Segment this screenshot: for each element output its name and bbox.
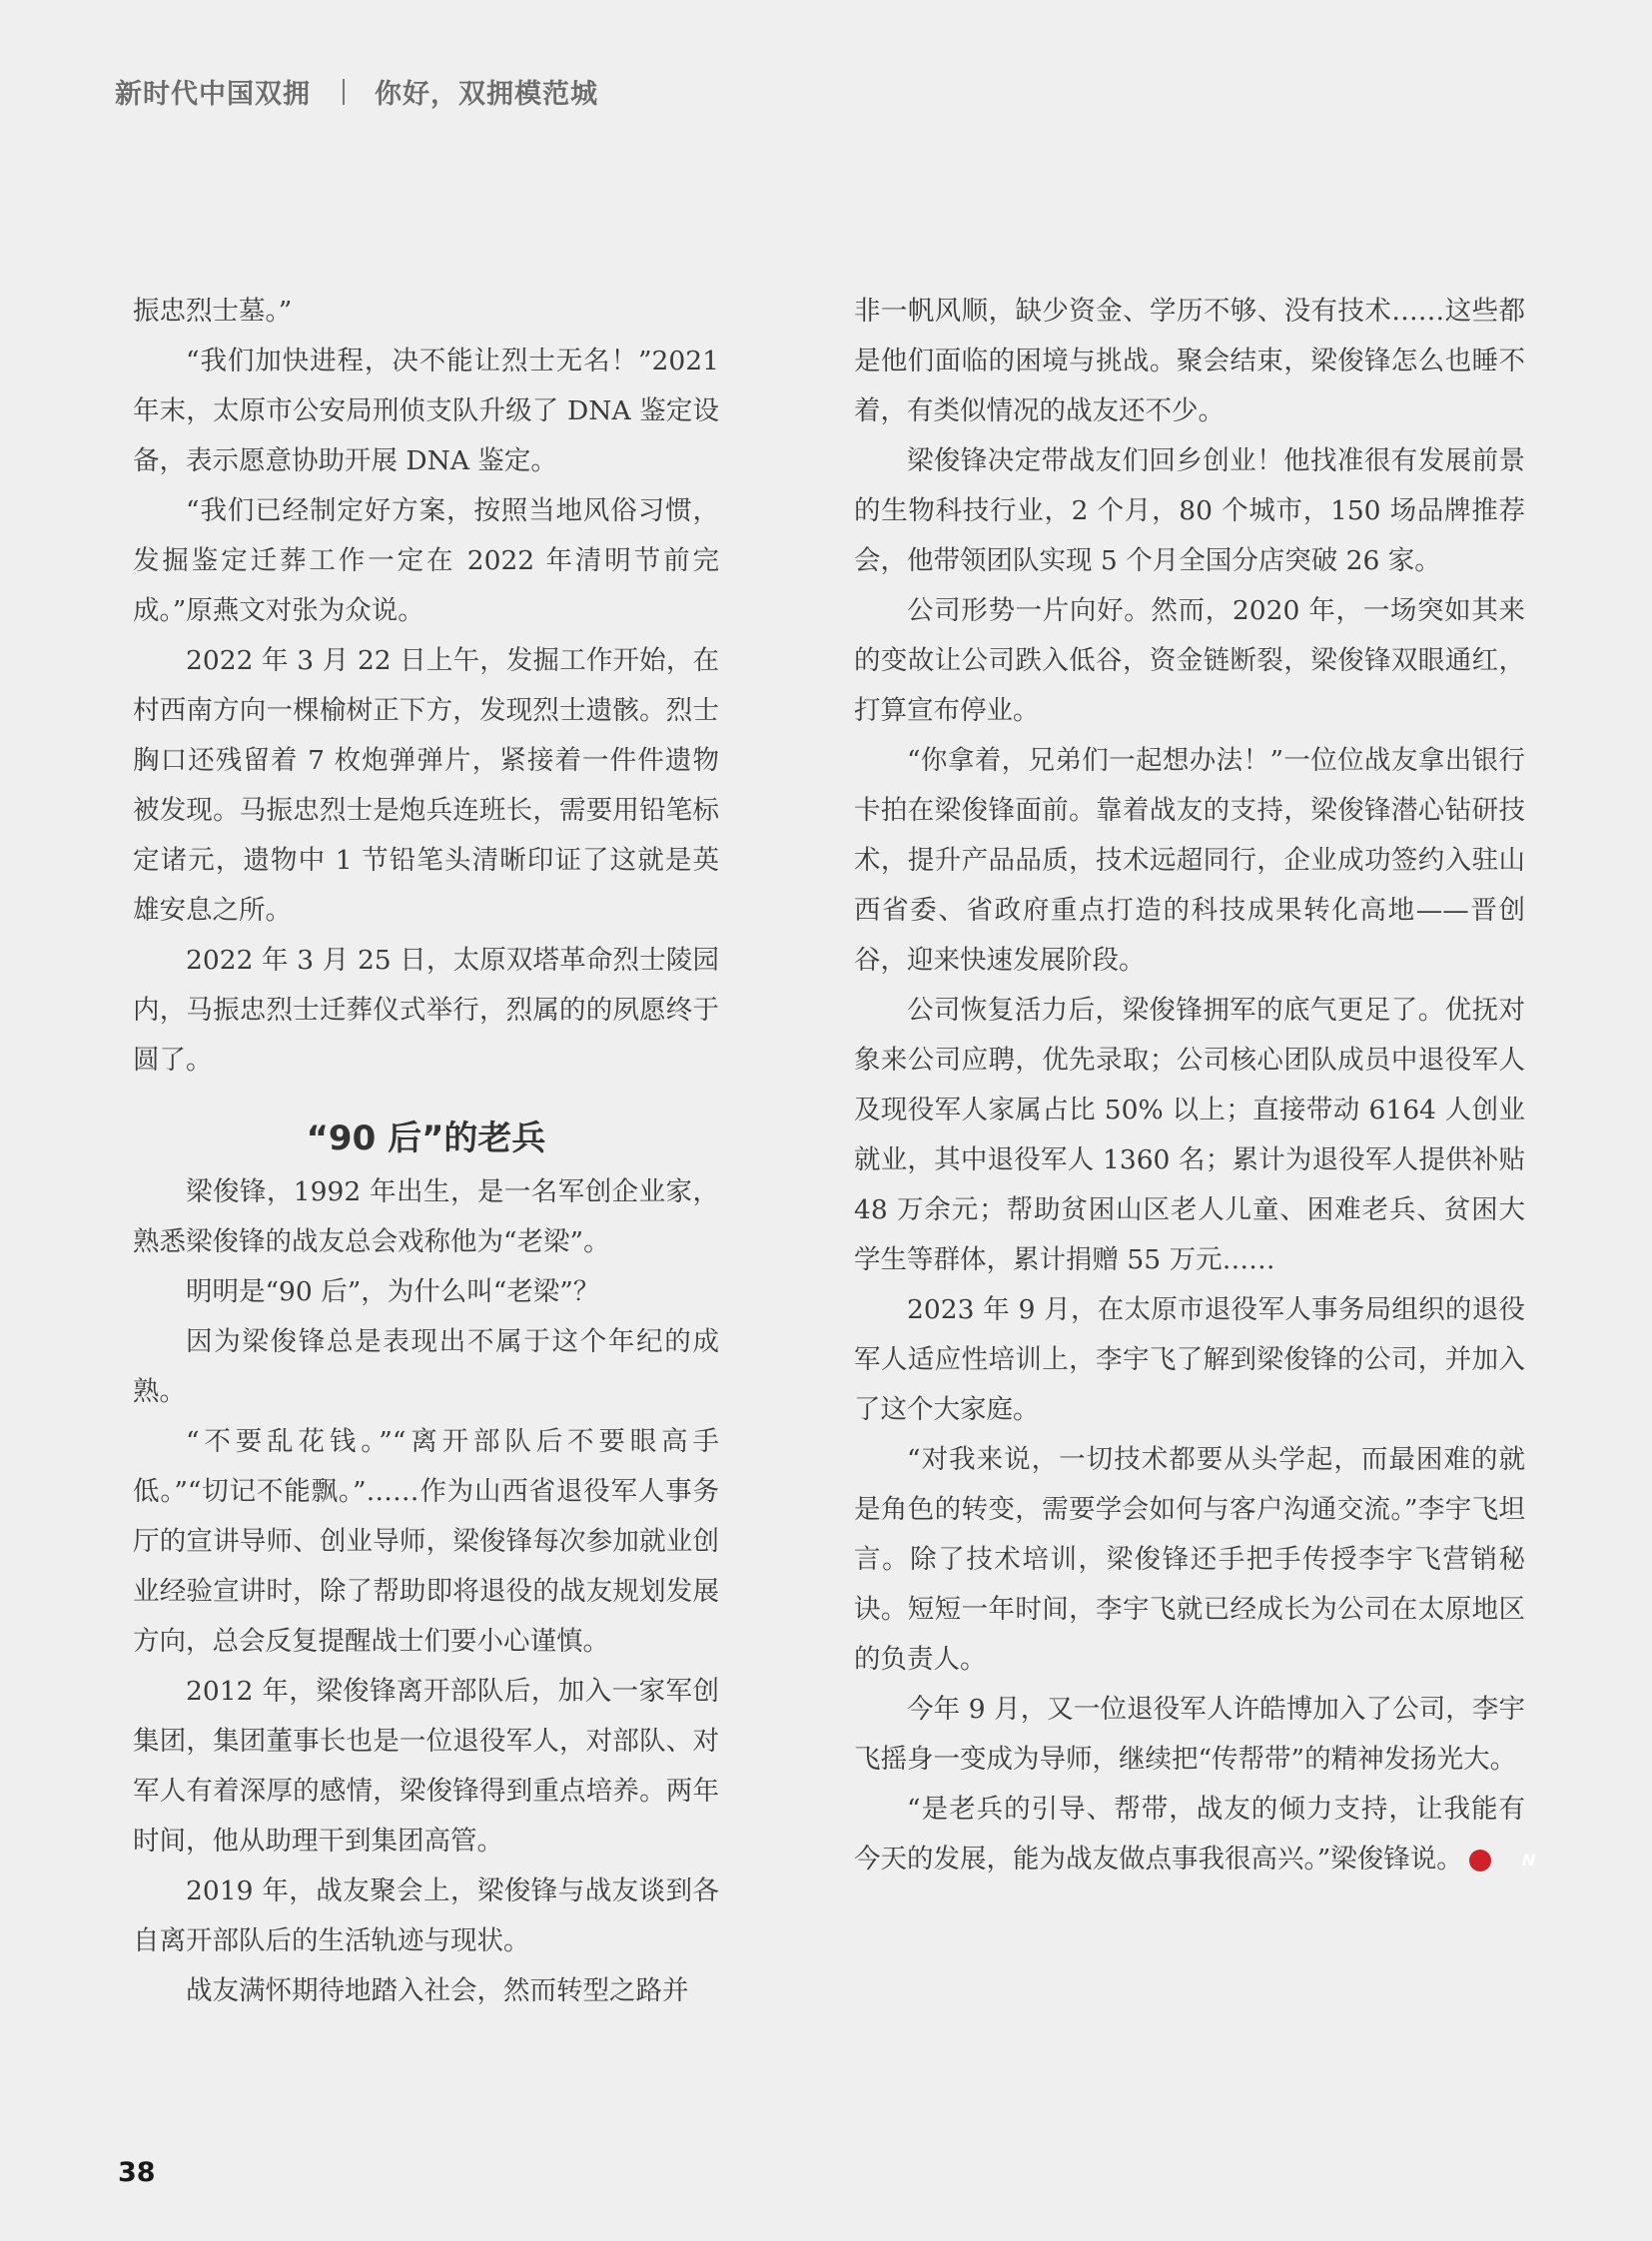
paragraph: 2012 年，梁俊锋离开部队后，加入一家军创集团，集团董事长也是一位退役军人，对… [133, 1667, 719, 1867]
header-title: 你好，双拥模范城 [375, 72, 598, 111]
paragraph: 梁俊锋决定带战友们回乡创业！他找准很有发展前景的生物科技行业，2 个月，80 个… [854, 436, 1525, 586]
paragraph: 因为梁俊锋总是表现出不属于这个年纪的成熟。 [133, 1317, 719, 1417]
page-number: 38 [118, 2157, 156, 2188]
paragraph-text: “是老兵的引导、帮带，战友的倾力支持，让我能有今天的发展，能为战友做点事我很高兴… [854, 1794, 1525, 1874]
running-header: 新时代中国双拥 你好，双拥模范城 [115, 72, 598, 111]
paragraph: 2019 年，战友聚会上，梁俊锋与战友谈到各自离开部队后的生活轨迹与现状。 [133, 1867, 719, 1966]
left-column: 振忠烈士墓。” “我们加快进程，决不能让烈士无名！”2021年末，太原市公安局刑… [133, 287, 719, 2016]
paragraph: “是老兵的引导、帮带，战友的倾力支持，让我能有今天的发展，能为战友做点事我很高兴… [854, 1785, 1525, 1884]
paragraph: “不要乱花钱。”“离开部队后不要眼高手低。”“切记不能飘。”……作为山西省退役军… [133, 1417, 719, 1667]
paragraph: 振忠烈士墓。” [133, 287, 719, 337]
header-divider [343, 79, 345, 105]
paragraph: 非一帆风顺，缺少资金、学历不够、没有技术……这些都是他们面临的困境与挑战。聚会结… [854, 287, 1525, 436]
paragraph: 2022 年 3 月 22 日上午，发掘工作开始，在村西南方向一棵榆树正下方，发… [133, 636, 719, 936]
paragraph: 公司恢复活力后，梁俊锋拥军的底气更足了。优抚对象来公司应聘，优先录取；公司核心团… [854, 986, 1525, 1285]
paragraph: “对我来说，一切技术都要从头学起，而最困难的就是角色的转变，需要学会如何与客户沟… [854, 1435, 1525, 1685]
paragraph: 明明是“90 后”，为什么叫“老梁”？ [133, 1267, 719, 1317]
paragraph: 2023 年 9 月，在太原市退役军人事务局组织的退役军人适应性培训上，李宇飞了… [854, 1285, 1525, 1435]
paragraph: “你拿着，兄弟们一起想办法！”一位位战友拿出银行卡拍在梁俊锋面前。靠着战友的支持… [854, 736, 1525, 986]
paragraph: 战友满怀期待地踏入社会，然而转型之路并 [133, 1966, 719, 2016]
section-label: 新时代中国双拥 [115, 72, 311, 111]
end-mark-icon: N [1469, 1850, 1491, 1871]
section-heading: “90 后”的老兵 [133, 1108, 719, 1167]
paragraph: 2022 年 3 月 25 日，太原双塔革命烈士陵园内，马振忠烈士迁葬仪式举行，… [133, 936, 719, 1086]
paragraph: 今年 9 月，又一位退役军人许皓博加入了公司，李宇飞摇身一变成为导师，继续把“传… [854, 1685, 1525, 1785]
paragraph: 公司形势一片向好。然而，2020 年，一场突如其来的变故让公司跌入低谷，资金链断… [854, 586, 1525, 736]
paragraph: “我们加快进程，决不能让烈士无名！”2021年末，太原市公安局刑侦支队升级了 D… [133, 337, 719, 486]
right-column: 非一帆风顺，缺少资金、学历不够、没有技术……这些都是他们面临的困境与挑战。聚会结… [854, 287, 1525, 1884]
paragraph: “我们已经制定好方案，按照当地风俗习惯，发掘鉴定迁葬工作一定在 2022 年清明… [133, 486, 719, 636]
paragraph: 梁俊锋，1992 年出生，是一名军创企业家，熟悉梁俊锋的战友总会戏称他为“老梁”… [133, 1167, 719, 1267]
